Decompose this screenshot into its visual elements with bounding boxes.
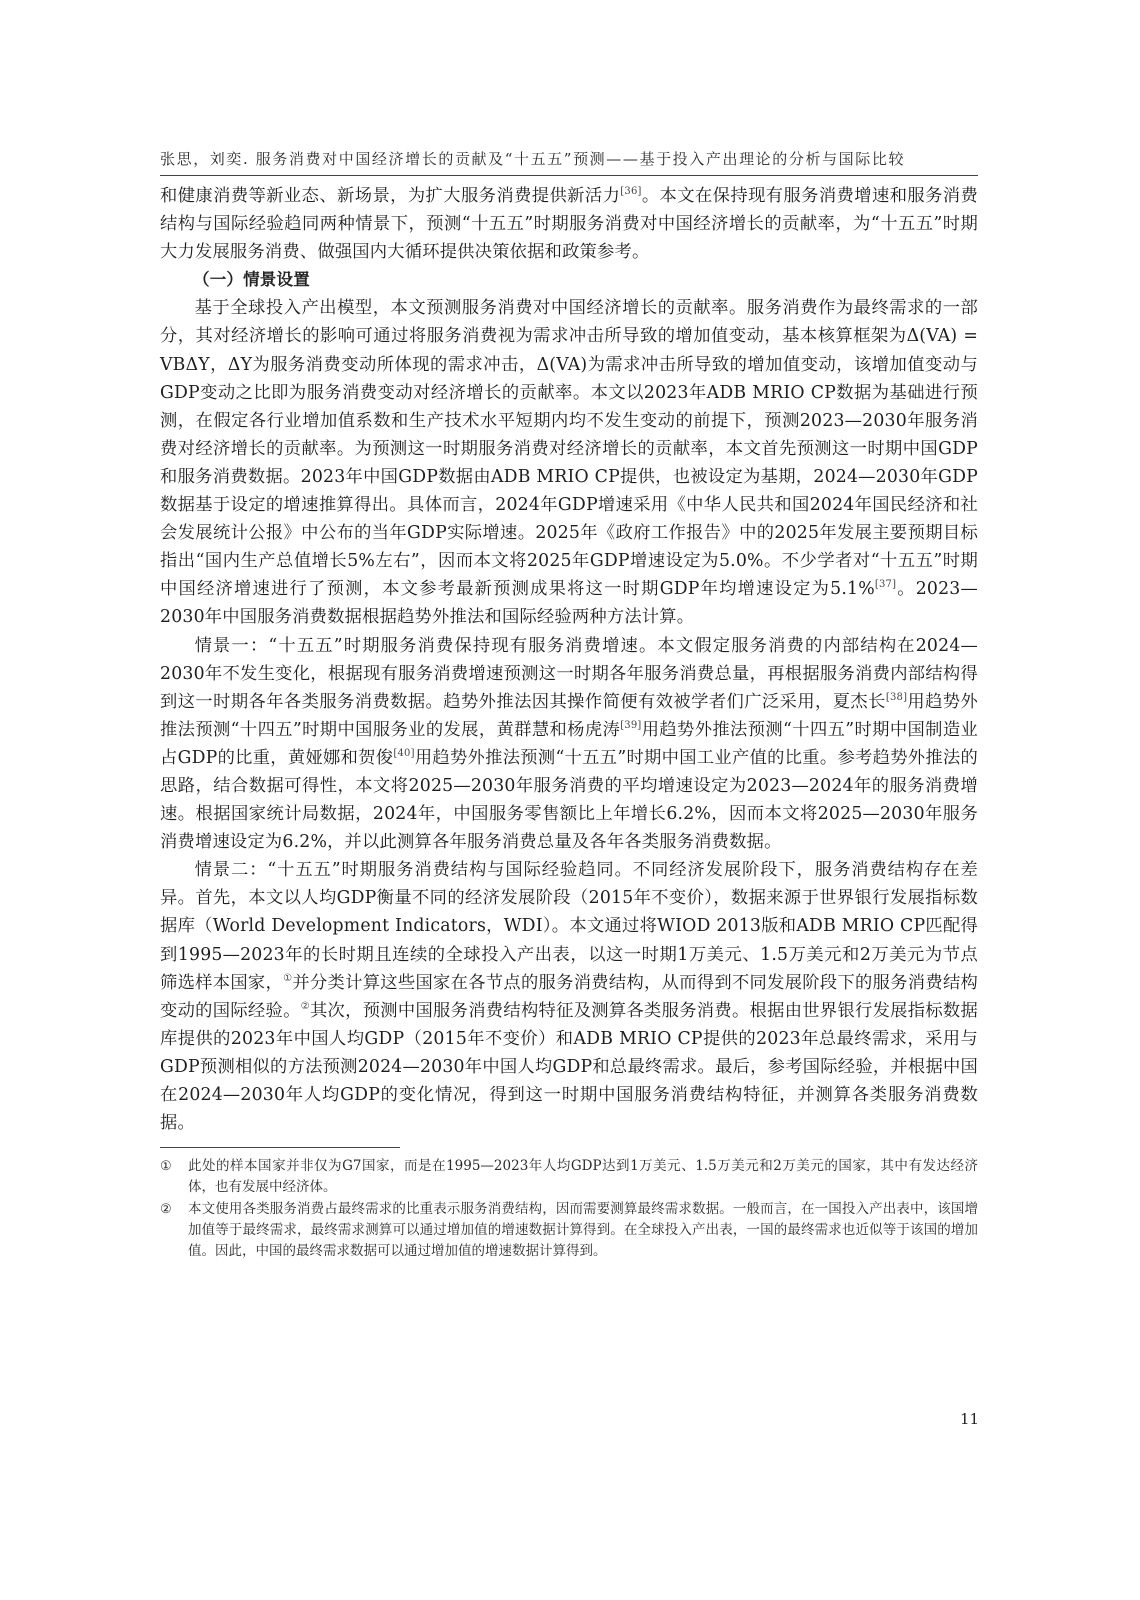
body-text: 和健康消费等新业态、新场景，为扩大服务消费提供新活力[36]。本文在保持现有服务… bbox=[160, 182, 978, 1137]
footnote-marker[interactable]: ② bbox=[301, 1001, 310, 1012]
section-heading: （一）情景设置 bbox=[160, 266, 978, 294]
citation-ref[interactable]: [39] bbox=[620, 720, 641, 731]
paragraph-text: 情景一：“十五五”时期服务消费保持现有服务消费增速。本文假定服务消费的内部结构在… bbox=[160, 636, 978, 712]
running-header: 张思，刘奕. 服务消费对中国经济增长的贡献及“十五五”预测——基于投入产出理论的… bbox=[160, 148, 978, 176]
footnote-marker[interactable]: ① bbox=[283, 973, 292, 984]
footnote-divider bbox=[160, 1147, 400, 1148]
footnote-text: 此处的样本国家并非仅为G7国家，而是在1995—2023年人均GDP达到1万美元… bbox=[188, 1156, 978, 1198]
paragraph-scenario-two: 情景二：“十五五”时期服务消费结构与国际经验趋同。不同经济发展阶段下，服务消费结… bbox=[160, 856, 978, 1137]
citation-ref[interactable]: [40] bbox=[393, 748, 414, 759]
footnote-text: 本文使用各类服务消费占最终需求的比重表示服务消费结构，因而需要测算最终需求数据。… bbox=[188, 1199, 978, 1262]
footnote-number: ① bbox=[160, 1156, 188, 1198]
paragraph-framework: 基于全球投入产出模型，本文预测服务消费对中国经济增长的贡献率。服务消费作为最终需… bbox=[160, 294, 978, 631]
footnote-item: ① 此处的样本国家并非仅为G7国家，而是在1995—2023年人均GDP达到1万… bbox=[160, 1156, 978, 1198]
paragraph-text: 和健康消费等新业态、新场景，为扩大服务消费提供新活力 bbox=[160, 186, 620, 206]
citation-ref[interactable]: [37] bbox=[875, 579, 896, 590]
page-number: 11 bbox=[960, 1410, 979, 1428]
paragraph-intro-continued: 和健康消费等新业态、新场景，为扩大服务消费提供新活力[36]。本文在保持现有服务… bbox=[160, 182, 978, 266]
paragraph-text: 基于全球投入产出模型，本文预测服务消费对中国经济增长的贡献率。服务消费作为最终需… bbox=[160, 298, 978, 599]
citation-ref[interactable]: [38] bbox=[886, 692, 907, 703]
paragraph-scenario-one: 情景一：“十五五”时期服务消费保持现有服务消费增速。本文假定服务消费的内部结构在… bbox=[160, 632, 978, 857]
paper-page: 张思，刘奕. 服务消费对中国经济增长的贡献及“十五五”预测——基于投入产出理论的… bbox=[160, 148, 978, 1263]
citation-ref[interactable]: [36] bbox=[620, 186, 641, 197]
footnote-item: ② 本文使用各类服务消费占最终需求的比重表示服务消费结构，因而需要测算最终需求数… bbox=[160, 1199, 978, 1262]
footnotes: ① 此处的样本国家并非仅为G7国家，而是在1995—2023年人均GDP达到1万… bbox=[160, 1156, 978, 1262]
footnote-number: ② bbox=[160, 1199, 188, 1262]
